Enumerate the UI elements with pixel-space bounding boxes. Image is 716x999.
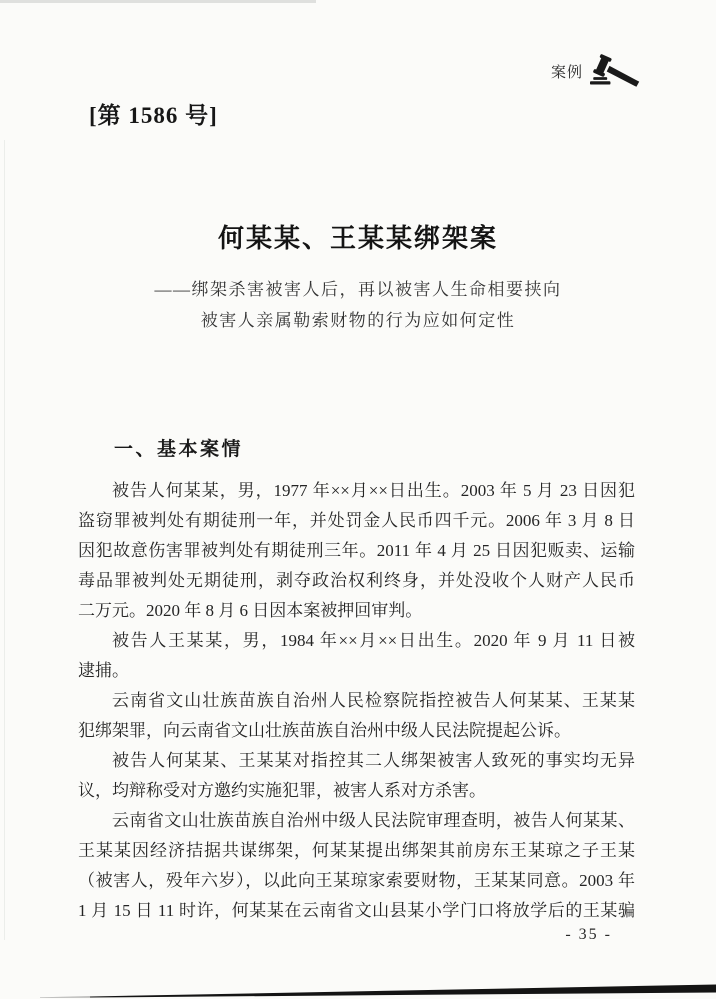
body-line: 犯绑架罪，向云南省文山壮族苗族自治州中级人民法院提起公诉。 [78, 716, 635, 746]
scan-artifact-bottom [0, 981, 716, 999]
gavel-icon [590, 54, 642, 88]
page-number: - 35 - [565, 926, 612, 944]
case-subtitle-line1: ——绑架杀害被害人后，再以被害人生命相要挟向 [0, 274, 716, 305]
case-subtitle-line2: 被害人亲属勒索财物的行为应如何定性 [0, 305, 716, 336]
case-title: 何某某、王某某绑架案 [0, 218, 716, 255]
body-line: 逮捕。 [78, 656, 635, 686]
body-line: 云南省文山壮族苗族自治州人民检察院指控被告人何某某、王某某 [78, 686, 635, 716]
scan-artifact-left [4, 140, 5, 940]
body-line: 1 月 15 日 11 时许，何某某在云南省文山县某小学门口将放学后的王某骗 [78, 896, 635, 926]
body-line: 王某某因经济拮据共谋绑架，何某某提出绑架其前房东王某琼之子王某 [78, 836, 635, 866]
body-line: 被告人何某某，男，1977 年××月××日出生。2003 年 5 月 23 日因… [78, 476, 635, 506]
case-number: [第 1586 号] [89, 97, 218, 130]
body-line: 二万元。2020 年 8 月 6 日因本案被押回审判。 [78, 596, 635, 626]
section-heading: 一、基本案情 [114, 434, 243, 461]
body-line: 毒品罪被判处无期徒刑，剥夺政治权利终身，并处没收个人财产人民币 [78, 566, 635, 596]
book-page: 案例 [第 1586 号] 何某某、王某某绑架案 ——绑架杀害被害人后，再以被害… [0, 0, 716, 999]
body-line: 被告人何某某、王某某对指控其二人绑架被害人致死的事实均无异 [78, 746, 635, 776]
page-header: 案例 [551, 54, 642, 88]
body-line: 云南省文山壮族苗族自治州中级人民法院审理查明，被告人何某某、 [78, 806, 635, 836]
case-subtitle: ——绑架杀害被害人后，再以被害人生命相要挟向 被害人亲属勒索财物的行为应如何定性 [0, 274, 716, 336]
body-line: （被害人，殁年六岁），以此向王某琼家索要财物，王某某同意。2003 年 [78, 866, 635, 896]
body-line: 因犯故意伤害罪被判处有期徒刑三年。2011 年 4 月 25 日因犯贩卖、运输 [78, 536, 635, 566]
body-line: 盗窃罪被判处有期徒刑一年，并处罚金人民币四千元。2006 年 3 月 8 日 [78, 506, 635, 536]
body-line: 议，均辩称受对方邀约实施犯罪，被害人系对方杀害。 [78, 776, 635, 806]
scan-artifact-top [0, 0, 316, 3]
header-label: 案例 [551, 61, 583, 82]
body-text: 被告人何某某，男，1977 年××月××日出生。2003 年 5 月 23 日因… [78, 476, 635, 926]
body-line: 被告人王某某，男，1984 年××月××日出生。2020 年 9 月 11 日被 [78, 626, 635, 656]
